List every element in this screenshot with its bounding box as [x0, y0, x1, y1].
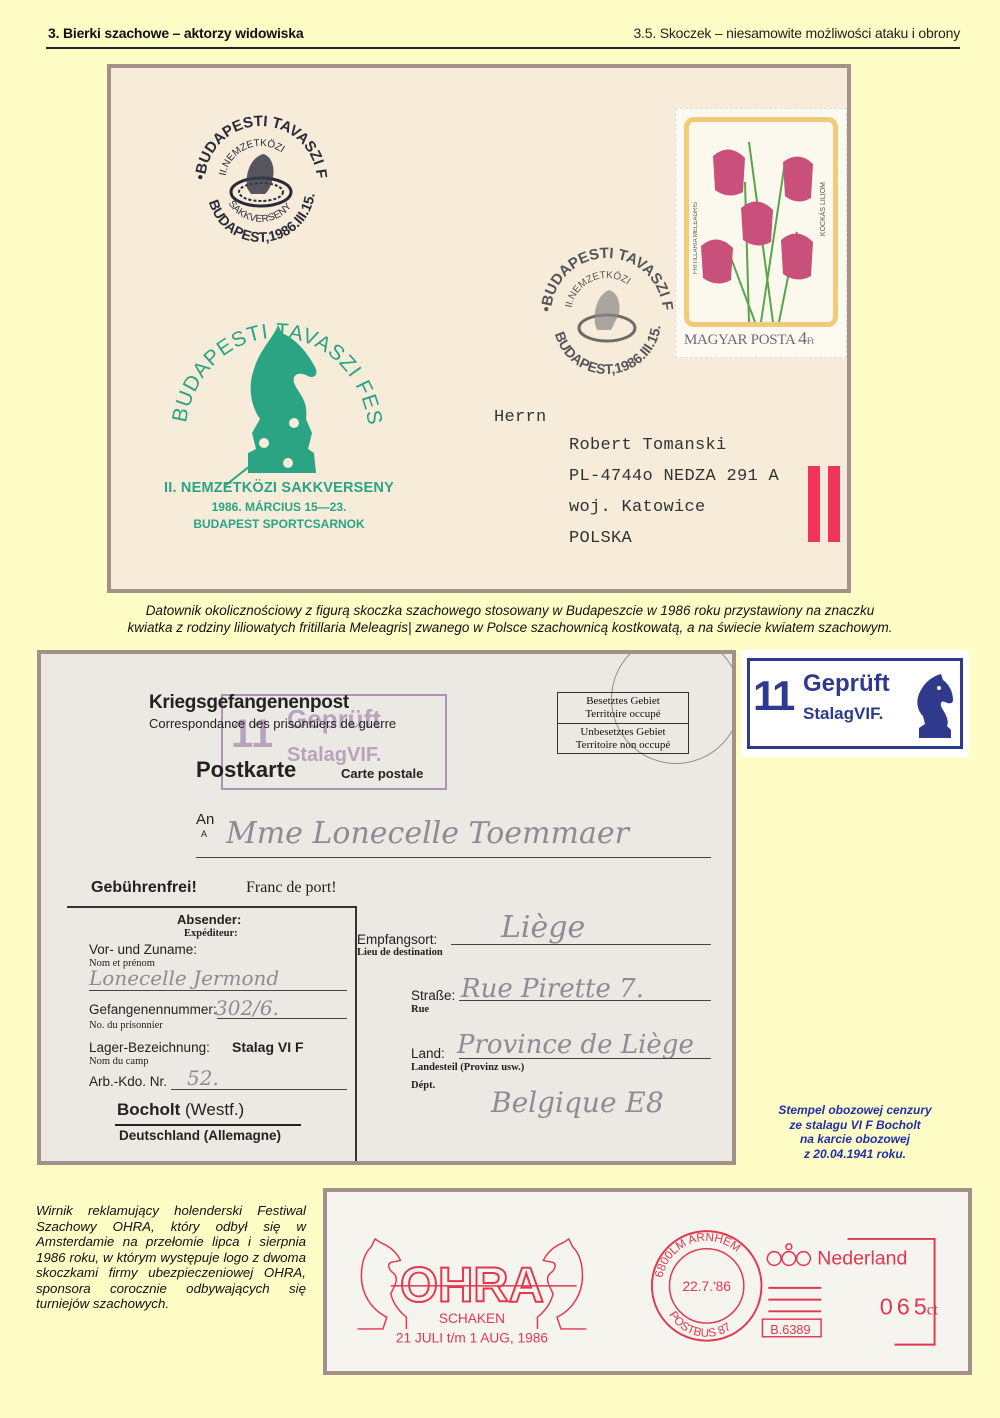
censor-number: 11: [753, 672, 793, 720]
svg-text:B.6389: B.6389: [770, 1322, 810, 1337]
franking-meter-print: OHRA SCHAKEN 21 JULI t/m 1 AUG, 1986 680…: [327, 1192, 968, 1371]
stamp-country: MAGYAR POSTA 4Ft: [684, 328, 814, 349]
address-salutation: Herrn: [494, 408, 547, 427]
a-label: A: [201, 829, 207, 839]
city-label: Bocholt (Westf.): [117, 1100, 244, 1120]
logo-line-1: II. NEMZETKÖZI SAKKVERSENY: [159, 480, 399, 496]
postkarte-label: Postkarte: [196, 757, 296, 783]
caption-budapest: Datownik okolicznościowy z figurą skoczk…: [60, 602, 960, 636]
svg-text:SCHAKEN: SCHAKEN: [439, 1311, 505, 1326]
logo-line-3: BUDAPEST SPORTCSARNOK: [159, 517, 399, 531]
address-country: POLSKA: [569, 529, 632, 548]
sender-name-handwritten: Lonecelle Jermond: [89, 966, 279, 990]
cover-paper: •BUDAPESTI TAVASZI FESZTIVÁL• BUDAPEST,1…: [111, 68, 847, 589]
svg-text:065: 065: [880, 1293, 931, 1319]
logo-line-2: 1986. MÁRCIUS 15—23.: [159, 500, 399, 514]
address-name: Robert Tomanski: [569, 436, 727, 455]
ohra-meter-cutout: OHRA SCHAKEN 21 JULI t/m 1 AUG, 1986 680…: [323, 1188, 972, 1375]
province-handwritten: Province de Liège: [457, 1030, 694, 1060]
occupation-box: Besetztes GebietTerritoire occupé Unbese…: [557, 692, 689, 754]
stamp-latin-label: FRITILLARIA MELEAGRIS: [693, 202, 699, 274]
postage-stamp: KOCKÁS LILIOM FRITILLARIA MELEAGRIS MAGY…: [675, 108, 847, 358]
stamp-hungarian-label: KOCKÁS LILIOM: [820, 182, 827, 236]
fritillaria-flower-icon: [689, 122, 833, 322]
censor-line-2: StalagVIF.: [803, 704, 883, 724]
sender-box: Absender: Expéditeur: Vor- und Zuname: N…: [67, 906, 357, 1161]
svg-text:POSTBUS 87: POSTBUS 87: [666, 1309, 733, 1340]
an-label: An: [196, 811, 214, 828]
censor-stamp-enlarged: 11 Geprüft StalagVIF.: [741, 650, 969, 757]
meter-paper: OHRA SCHAKEN 21 JULI t/m 1 AUG, 1986 680…: [327, 1192, 968, 1371]
knight-icon: [913, 672, 955, 740]
stamp-value: 4: [798, 328, 807, 348]
recipient-handwritten: Mme Lonecelle Toemmaer: [226, 816, 629, 851]
section-title: 3.5. Skoczek – niesamowite możliwości at…: [633, 25, 960, 41]
pow-number-handwritten: 302/6.: [215, 996, 279, 1020]
svg-text:6800LM ARNHEM: 6800LM ARNHEM: [653, 1231, 743, 1279]
pow-postcard: 11 Geprüft StalagVIF. Kriegsgefangenenpo…: [37, 650, 736, 1165]
commemorative-postmark: •BUDAPESTI TAVASZI FESZTIVÁL• BUDAPEST,1…: [185, 106, 337, 258]
knight-postmark-icon: •BUDAPESTI TAVASZI FESZTIVÁL• BUDAPEST,1…: [531, 238, 683, 390]
card-title: Kriegsgefangenenpost: [149, 692, 349, 714]
gebuhrenfrei-label: Gebührenfrei!: [91, 879, 197, 897]
budapest-cover: •BUDAPESTI TAVASZI FESZTIVÁL• BUDAPEST,1…: [107, 64, 851, 593]
destination-handwritten: Liège: [501, 910, 585, 945]
caption-ohra: Wirnik reklamujący holenderski Festiwal …: [36, 1203, 306, 1312]
svg-text:21 JULI t/m 1 AUG, 1986: 21 JULI t/m 1 AUG, 1986: [396, 1331, 549, 1346]
svg-text:ct: ct: [927, 1301, 939, 1318]
caption-censor: Stempel obozowej cenzury ze stalagu VI F…: [745, 1103, 965, 1161]
card-subtitle: Correspondance des prisonniers de guerre: [149, 716, 396, 731]
country-handwritten: Belgique E8: [491, 1086, 664, 1119]
censor-line-1: Geprüft: [803, 670, 890, 698]
kdo-handwritten: 52.: [187, 1066, 219, 1090]
carte-postale-label: Carte postale: [341, 766, 423, 781]
svg-text:OHRA: OHRA: [400, 1259, 544, 1313]
franc-de-port-label: Franc de port!: [246, 879, 337, 897]
header-divider: [46, 47, 960, 49]
stamp-image: KOCKÁS LILIOM FRITILLARIA MELEAGRIS: [684, 117, 838, 327]
address-street: PL-4744o NEDZA 291 A: [569, 467, 779, 486]
cancellation-postmark: •BUDAPESTI TAVASZI FESZTIVÁL• BUDAPEST,1…: [531, 238, 683, 390]
svg-text:Nederland: Nederland: [817, 1247, 907, 1269]
svg-text:BUDAPEST,1986.III.15.: BUDAPEST,1986.III.15.: [552, 324, 664, 377]
recipient-line: [196, 857, 711, 858]
festival-knight-logo: BUDAPESTI TAVASZI FESZTIVÁL: [156, 273, 396, 503]
address-region: woj. Katowice: [569, 498, 706, 517]
chapter-title: 3. Bierki szachowe – aktorzy widowiska: [48, 25, 303, 41]
svg-text:22.7.'86: 22.7.'86: [683, 1279, 732, 1294]
knight-postmark-icon: •BUDAPESTI TAVASZI FESZTIVÁL• BUDAPEST,1…: [185, 106, 337, 258]
red-bars-marking: [808, 466, 847, 542]
card-paper: 11 Geprüft StalagVIF. Kriegsgefangenenpo…: [41, 654, 732, 1161]
camp-value: Stalag VI F: [232, 1039, 304, 1055]
